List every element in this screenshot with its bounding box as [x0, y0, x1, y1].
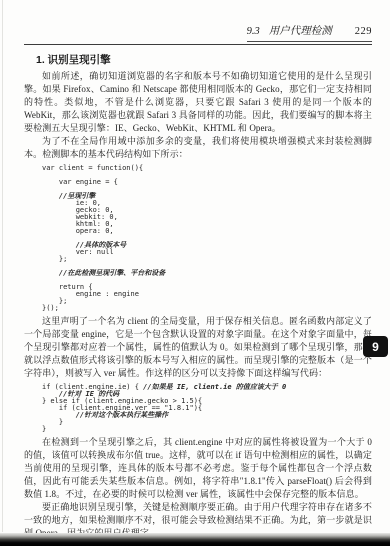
subsection-heading: 1. 识别呈现引擎 [36, 54, 372, 67]
running-header-text: 9.3 用户代理检测 229 [247, 26, 372, 42]
paragraph-2: 为了不在全局作用域中添加多余的变量，我们将使用模块增强模式来封装检测脚本。检测脚… [24, 135, 372, 161]
code-line: ver: null [42, 249, 372, 256]
page-number: 229 [355, 26, 372, 38]
code-line: }; [42, 298, 372, 305]
scan-edge-line [2, 0, 3, 532]
page-bottom-edge [0, 533, 390, 546]
code-line: }(); [42, 305, 372, 312]
code-line: } [42, 419, 372, 426]
chapter-tab-number: 9 [372, 340, 379, 354]
code-block-2: if (client.engine.ie) { //如果是 IE, client… [42, 384, 372, 433]
code-block-1: var client = function(){ var engine = { … [42, 165, 372, 312]
code-line: var engine = { [42, 179, 372, 186]
code-line: engine : engine [42, 291, 372, 298]
code-line: }; [42, 256, 372, 263]
section-number: 9.3 [247, 26, 260, 38]
code-line: } [42, 426, 372, 433]
paragraph-1: 如前所述，确切知道浏览器的名字和版本号不如确切知道它使用的是什么呈现引擎。如果 … [24, 70, 372, 135]
header-rule [24, 44, 372, 45]
code-line: var client = function(){ [42, 165, 372, 172]
running-header: 9.3 用户代理检测 229 [24, 26, 372, 42]
code-line: //在此检测呈现引擎、平台和设备 [42, 270, 372, 277]
section-title: 用户代理检测 [269, 26, 332, 38]
chapter-tab: 9 [363, 336, 388, 357]
code-line: opera: 0, [42, 228, 372, 235]
paragraph-3: 这里声明了一个名为 client 的全局变量，用于保存相关信息。匿名函数内部定义… [24, 315, 372, 380]
paragraph-4: 在检测到一个呈现引擎之后，其 client.engine 中对应的属性将被设置为… [24, 436, 372, 501]
book-page: 9.3 用户代理检测 229 1. 识别呈现引擎 如前所述，确切知道浏览器的名字… [0, 0, 390, 546]
code-line: //针对这个版本执行某些操作 [42, 412, 372, 419]
